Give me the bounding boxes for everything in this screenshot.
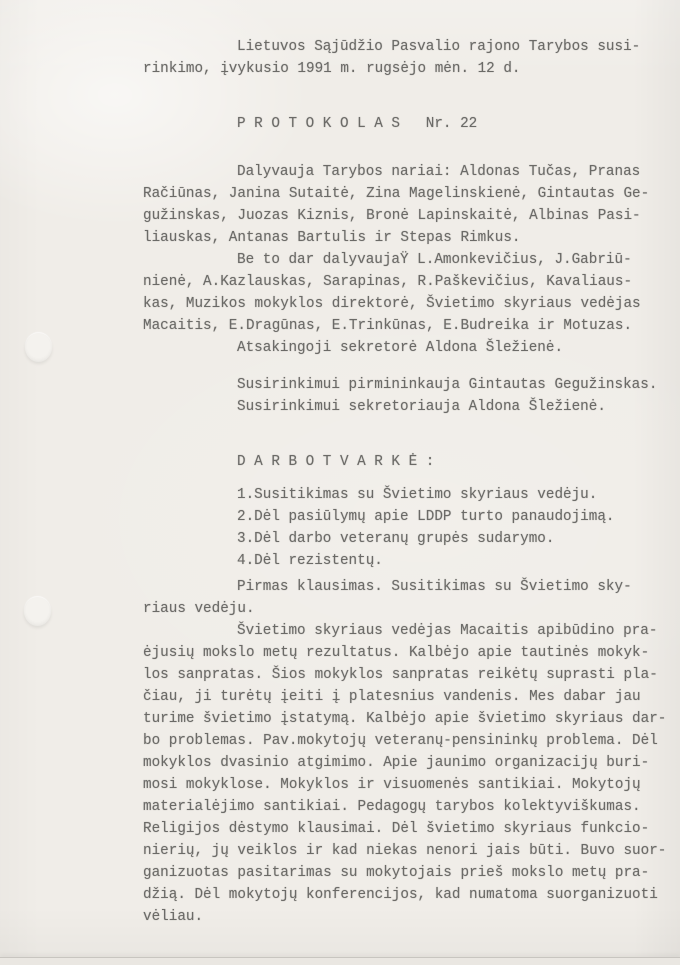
document-text: Lietuvos Sąjūdžio Pasvalio rajono Tarybo… — [143, 36, 677, 928]
document-line: mokyklos dvasinio atgimimo. Apie jaunimo… — [143, 752, 677, 774]
document-line: Be to dar dalyvaujaŸ L.Amonkevičius, J.G… — [143, 249, 677, 271]
document-line: turime švietimo įstatymą. Kalbėjo apie š… — [143, 708, 677, 730]
document-line: mosi mokyklose. Mokyklos ir visuomenės s… — [143, 774, 677, 796]
document-line: bo problemas. Pav.mokytojų veteranų-pens… — [143, 730, 677, 752]
document-line: Macaitis, E.Dragūnas, E.Trinkūnas, E.Bud… — [143, 315, 677, 337]
document-line: gužinskas, Juozas Kiznis, Bronė Lapinska… — [143, 205, 677, 227]
document-line: liauskas, Antanas Bartulis ir Stepas Rim… — [143, 227, 677, 249]
document-line: Dalyvauja Tarybos nariai: Aldonas Tučas,… — [143, 161, 677, 183]
document-line: ėjusių mokslo metų rezultatus. Kalbėjo a… — [143, 642, 677, 664]
hole-punch-bottom — [24, 597, 51, 626]
document-line: čiau, ji turėtų įeiti į platesnius vande… — [143, 686, 677, 708]
document-line: nierių, jų veiklos ir kad niekas nenori … — [143, 840, 677, 862]
page-bottom-edge — [0, 957, 680, 965]
document-line: kas, Muzikos mokyklos direktorė, Švietim… — [143, 293, 677, 315]
document-line: Švietimo skyriaus vedėjas Macaitis apibū… — [143, 620, 677, 642]
document-line: D A R B O T V A R K Ė : — [143, 451, 677, 473]
document-line: ganizuotas pasitarimas su mokytojais pri… — [143, 862, 677, 884]
document-line: 2.Dėl pasiūlymų apie LDDP turto panaudoj… — [143, 506, 677, 528]
document-line: riaus vedėju. — [143, 598, 677, 620]
scanned-page: Lietuvos Sąjūdžio Pasvalio rajono Tarybo… — [0, 0, 680, 965]
document-line: 3.Dėl darbo veteranų grupės sudarymo. — [143, 528, 677, 550]
document-line: 4.Dėl rezistentų. — [143, 550, 677, 572]
document-line: vėliau. — [143, 906, 677, 928]
document-line: los sanpratas. Šios mokyklos sanpratas r… — [143, 664, 677, 686]
document-line: rinkimo, įvykusio 1991 m. rugsėjo mėn. 1… — [143, 58, 677, 80]
document-line: P R O T O K O L A S Nr. 22 — [143, 113, 677, 135]
document-line: Lietuvos Sąjūdžio Pasvalio rajono Tarybo… — [143, 36, 677, 58]
document-line: materialėjimo santikiai. Pedagogų tarybo… — [143, 796, 677, 818]
document-line: Račiūnas, Janina Sutaitė, Zina Magelinsk… — [143, 183, 677, 205]
document-line: nienė, A.Kazlauskas, Sarapinas, R.Paškev… — [143, 271, 677, 293]
document-line: 1.Susitikimas su Švietimo skyriaus vedėj… — [143, 484, 677, 506]
document-line: džią. Dėl mokytojų konferencijos, kad nu… — [143, 884, 677, 906]
document-line: Susirinkimui sekretoriauja Aldona Šležie… — [143, 396, 677, 418]
document-line: Religijos dėstymo klausimai. Dėl švietim… — [143, 818, 677, 840]
document-line: Atsakingoji sekretorė Aldona Šležienė. — [143, 337, 677, 359]
hole-punch-top — [25, 333, 52, 362]
document-line: Pirmas klausimas. Susitikimas su Švietim… — [143, 576, 677, 598]
document-line: Susirinkimui pirmininkauja Gintautas Geg… — [143, 374, 677, 396]
